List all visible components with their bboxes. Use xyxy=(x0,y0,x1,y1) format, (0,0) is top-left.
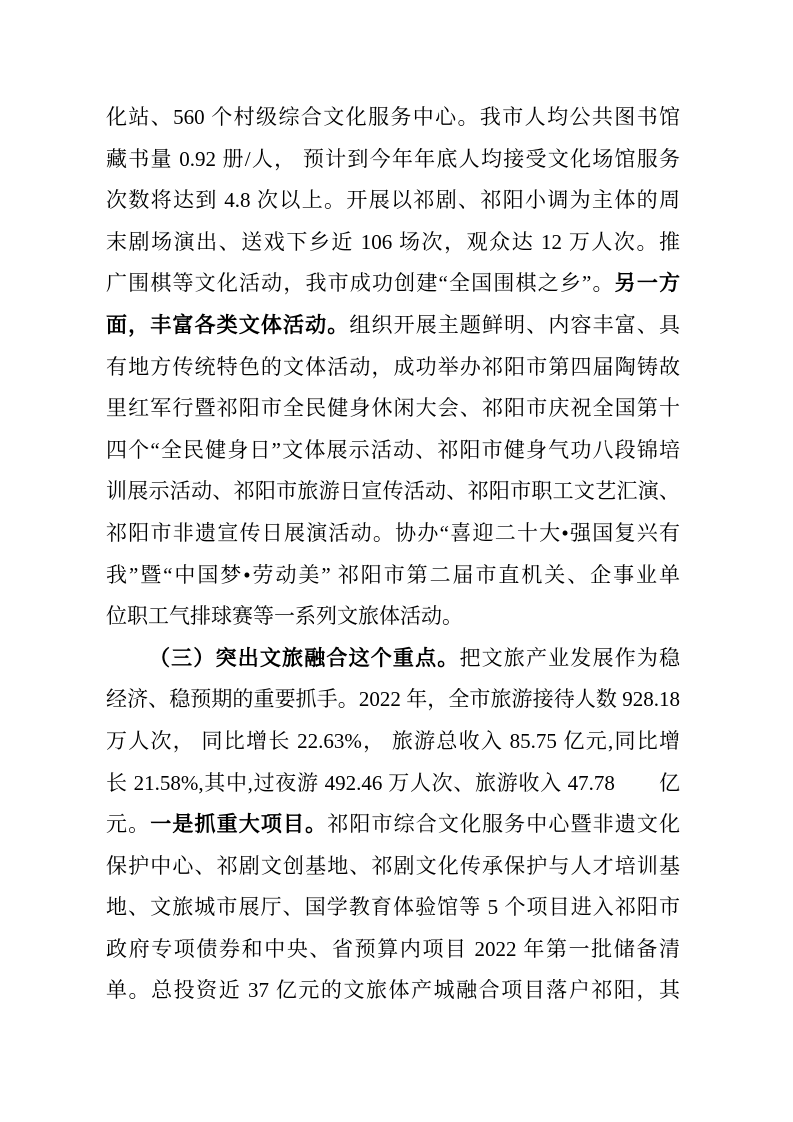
bold-text-segment: 面，丰富各类文体活动。 xyxy=(106,313,349,337)
text-line: 万人次， 同比增长 22.63%， 旅游总收入 85.75 亿元,同比增 xyxy=(106,721,680,763)
text-line: 广围棋等文化活动，我市成功创建“全国围棋之乡”。另一方 xyxy=(106,263,680,305)
text-segment: 政府专项债券和中央、省预算内项目 2022 年第一批储备清 xyxy=(106,937,680,961)
text-line: 保护中心、祁剧文创基地、祁剧文化传承保护与人才培训基 xyxy=(106,846,680,888)
text-segment: 藏书量 0.92 册/人， 预计到今年年底人均接受文化场馆服务 xyxy=(106,147,680,171)
text-segment: 化站、560 个村级综合文化服务中心。我市人均公共图书馆 xyxy=(106,105,680,129)
text-line: 元。一是抓重大项目。祁阳市综合文化服务中心暨非遗文化 xyxy=(106,804,680,846)
text-segment: 广围棋等文化活动，我市成功创建“全国围棋之乡”。 xyxy=(106,271,615,295)
text-line: 单。总投资近 37 亿元的文旅体产城融合项目落户祁阳，其 xyxy=(106,970,680,1012)
text-segment: 经济、稳预期的重要抓手。2022 年，全市旅游接待人数 928.18 xyxy=(106,687,680,711)
text-segment: 里红军行暨祁阳市全民健身休闲大会、祁阳市庆祝全国第十 xyxy=(106,396,680,420)
text-line: 经济、稳预期的重要抓手。2022 年，全市旅游接待人数 928.18 xyxy=(106,679,680,721)
text-segment: 有地方传统特色的文体活动，成功举办祁阳市第四届陶铸故 xyxy=(106,355,680,379)
text-line: 政府专项债券和中央、省预算内项目 2022 年第一批储备清 xyxy=(106,929,680,971)
text-segment: 长 21.58%,其中,过夜游 492.46 万人次、旅游收入 47.78 亿 xyxy=(106,771,680,795)
text-segment: 把文旅产业发展作为稳 xyxy=(459,646,680,670)
text-line: 训展示活动、祁阳市旅游日宣传活动、祁阳市职工文艺汇演、 xyxy=(106,471,680,513)
text-segment: 组织开展主题鲜明、内容丰富、具 xyxy=(349,313,680,337)
text-segment: 保护中心、祁剧文创基地、祁剧文化传承保护与人才培训基 xyxy=(106,854,680,878)
text-segment: 单。总投资近 37 亿元的文旅体产城融合项目落户祁阳，其 xyxy=(106,978,680,1002)
text-line: 四个“全民健身日”文体展示活动、祁阳市健身气功八段锦培 xyxy=(106,430,680,472)
text-segment: 万人次， 同比增长 22.63%， 旅游总收入 85.75 亿元,同比增 xyxy=(106,729,680,753)
text-segment: 次数将达到 4.8 次以上。开展以祁剧、祁阳小调为主体的周 xyxy=(106,188,680,212)
text-line: 里红军行暨祁阳市全民健身休闲大会、祁阳市庆祝全国第十 xyxy=(106,388,680,430)
text-line: 末剧场演出、送戏下乡近 106 场次，观众达 12 万人次。推 xyxy=(106,222,680,264)
text-segment: 四个“全民健身日”文体展示活动、祁阳市健身气功八段锦培 xyxy=(106,438,680,462)
text-segment: 我”暨“中国梦•劳动美” 祁阳市第二届市直机关、企事业单 xyxy=(106,563,680,587)
text-segment: 位职工气排球赛等一系列文旅体活动。 xyxy=(106,604,463,628)
text-segment: 祁阳市综合文化服务中心暨非遗文化 xyxy=(327,812,680,836)
text-line: （三）突出文旅融合这个重点。把文旅产业发展作为稳 xyxy=(106,638,680,680)
text-segment: 祁阳市非遗宣传日展演活动。协办“喜迎二十大•强国复兴有 xyxy=(106,521,680,545)
text-line: 我”暨“中国梦•劳动美” 祁阳市第二届市直机关、企事业单 xyxy=(106,555,680,597)
text-line: 有地方传统特色的文体活动，成功举办祁阳市第四届陶铸故 xyxy=(106,347,680,389)
text-line: 位职工气排球赛等一系列文旅体活动。 xyxy=(106,596,680,638)
text-line: 祁阳市非遗宣传日展演活动。协办“喜迎二十大•强国复兴有 xyxy=(106,513,680,555)
text-segment: 元。 xyxy=(106,812,150,836)
text-line: 化站、560 个村级综合文化服务中心。我市人均公共图书馆 xyxy=(106,97,680,139)
text-line: 藏书量 0.92 册/人， 预计到今年年底人均接受文化场馆服务 xyxy=(106,139,680,181)
text-segment: 地、文旅城市展厅、国学教育体验馆等 5 个项目进入祁阳市 xyxy=(106,895,680,919)
text-line: 面，丰富各类文体活动。组织开展主题鲜明、内容丰富、具 xyxy=(106,305,680,347)
text-line: 长 21.58%,其中,过夜游 492.46 万人次、旅游收入 47.78 亿 xyxy=(106,763,680,805)
text-line: 地、文旅城市展厅、国学教育体验馆等 5 个项目进入祁阳市 xyxy=(106,887,680,929)
text-segment: 末剧场演出、送戏下乡近 106 场次，观众达 12 万人次。推 xyxy=(106,230,680,254)
bold-text-segment: 另一方 xyxy=(615,271,680,295)
text-line: 次数将达到 4.8 次以上。开展以祁剧、祁阳小调为主体的周 xyxy=(106,180,680,222)
document-page: 化站、560 个村级综合文化服务中心。我市人均公共图书馆藏书量 0.92 册/人… xyxy=(0,0,793,1122)
document-body: 化站、560 个村级综合文化服务中心。我市人均公共图书馆藏书量 0.92 册/人… xyxy=(106,97,680,1012)
bold-text-segment: （三）突出文旅融合这个重点。 xyxy=(149,646,459,670)
bold-text-segment: 一是抓重大项目。 xyxy=(150,812,327,836)
text-segment: 训展示活动、祁阳市旅游日宣传活动、祁阳市职工文艺汇演、 xyxy=(106,479,680,503)
